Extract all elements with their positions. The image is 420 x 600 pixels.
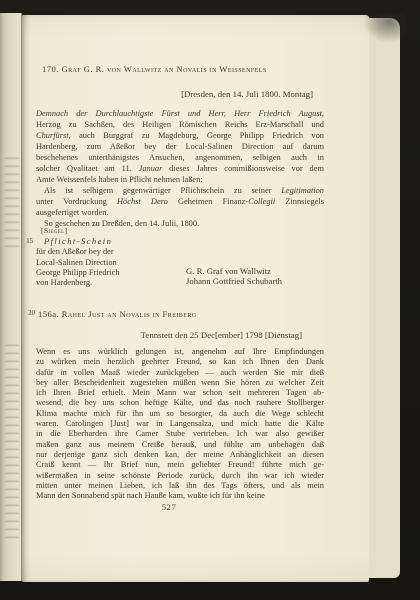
page-number: 527 bbox=[36, 502, 302, 512]
text-line: wesend, die bey uns schon heftige Kälte,… bbox=[36, 398, 324, 408]
signature-block: G. R. Graf von WallwitzJohann Gottfried … bbox=[186, 266, 315, 287]
letter-number: 170. bbox=[42, 64, 59, 74]
text-line: dafür in vollen Maaß wieder zurückgeben … bbox=[36, 368, 324, 378]
line-number: 15 bbox=[21, 237, 33, 247]
document-title-row: 15 Pflicht-Schein bbox=[36, 236, 196, 247]
text-line: ausgefertiget worden. bbox=[36, 207, 324, 218]
text-line: von Hardenberg. bbox=[36, 278, 196, 288]
text-line: solcher Qvalitaet am 11. Januar dieses J… bbox=[36, 163, 324, 174]
letter-number: 156a. bbox=[38, 309, 59, 319]
text-line: Herzog zu Sachßen, des Heiligen Römische… bbox=[36, 119, 324, 130]
letter-156a-body: Wenn es uns würklich gelungen ist, angen… bbox=[36, 347, 324, 501]
pflicht-schein-block: [Siegel] 15 Pflicht-Schein für den Aßeßo… bbox=[36, 226, 196, 288]
text-line: Hardenberg, zum Aßeßor bey der Local-Sal… bbox=[36, 141, 324, 152]
text-line: nur derjenige ganz sich denken kan, der … bbox=[36, 450, 324, 460]
text-line: Mann den Sonnabend spät nach Hauße kam, … bbox=[36, 491, 324, 501]
letter-156a-heading: 20 156a. Rahel Just an Novalis in Freibe… bbox=[38, 309, 348, 319]
text-line: 30in die Eberharden ihre Camer Stube ver… bbox=[36, 429, 324, 439]
text-line: 10Als ist selbigem gegenwärtiger Pflicht… bbox=[36, 185, 324, 196]
book-photo: 170. Graf G. R. von Wallwitz an Novalis … bbox=[0, 0, 420, 600]
text-line: ich Ihren Brief erhielt. Mein Mann war s… bbox=[36, 388, 324, 398]
text-line: Johann Gottfried Schubarth bbox=[186, 276, 315, 286]
text-line: Wenn es uns würklich gelungen ist, angen… bbox=[36, 347, 324, 357]
text-line: wißermaßen in seine schönste Periode zur… bbox=[36, 471, 324, 481]
text-line: waren. Carolingen [Just] war in Langensa… bbox=[36, 419, 324, 429]
text-line: Demnach der Durchlauchtigste Fürst und H… bbox=[36, 108, 324, 119]
line-number: 20 bbox=[23, 310, 35, 317]
text-line: Amte Weissenfels haben in Pflicht nehmen… bbox=[36, 174, 324, 185]
text-line: George Philipp Friedrich bbox=[36, 268, 196, 278]
text-line: 35mitten unter meinen Lieben, ich laß ih… bbox=[36, 481, 324, 491]
letter-title: Graf G. R. von Wallwitz an Novalis in We… bbox=[61, 64, 266, 74]
letter-170-heading: 170. Graf G. R. von Wallwitz an Novalis … bbox=[42, 64, 352, 74]
facing-page-ghost-text bbox=[5, 338, 19, 538]
text-line: Local-Salinen Direction bbox=[36, 258, 196, 268]
seal-note: [Siegel] bbox=[36, 226, 196, 236]
document-title: Pflicht-Schein bbox=[44, 236, 112, 246]
text-line: unter Vordruckung Höchst Dero Geheimen F… bbox=[36, 196, 324, 207]
text-line: maßen ganz aus meinem Creiße herauß, und… bbox=[36, 440, 324, 450]
letter-170-dateline: [Dresden, den 14. Juli 1800. Montag] bbox=[36, 89, 313, 99]
text-line: 25bey aller Bescheidenheit zugestehen mü… bbox=[36, 378, 324, 388]
page-edges bbox=[369, 18, 400, 578]
text-line: G. R. Graf von Wallwitz bbox=[186, 266, 315, 276]
facing-page-edge bbox=[0, 13, 22, 581]
text-line: beschehenes unterthänigstes Ansuchen, an… bbox=[36, 152, 324, 163]
text-line: Klima machte mich für ihn um so besorgte… bbox=[36, 409, 324, 419]
letter-156a-dateline: Tennstett den 25 Dec[ember] 1798 [Dienst… bbox=[36, 330, 302, 340]
facing-page-ghost-text bbox=[5, 151, 19, 251]
letter-170-body: Demnach der Durchlauchtigste Fürst und H… bbox=[36, 108, 324, 229]
document-lines: für den Aßeßor bey derLocal-Salinen Dire… bbox=[36, 247, 196, 288]
text-line: für den Aßeßor bey der bbox=[36, 247, 196, 257]
text-line: zu würken mein herzlich geehrter Freund,… bbox=[36, 357, 324, 367]
text-line: Craiß kennt — Ihr Brief nun, mein gelieb… bbox=[36, 460, 324, 470]
text-line: 5Churfürst, auch Burggraf zu Magdeburg, … bbox=[36, 130, 324, 141]
letter-title: Rahel Just an Novalis in Freiberg bbox=[62, 309, 197, 319]
